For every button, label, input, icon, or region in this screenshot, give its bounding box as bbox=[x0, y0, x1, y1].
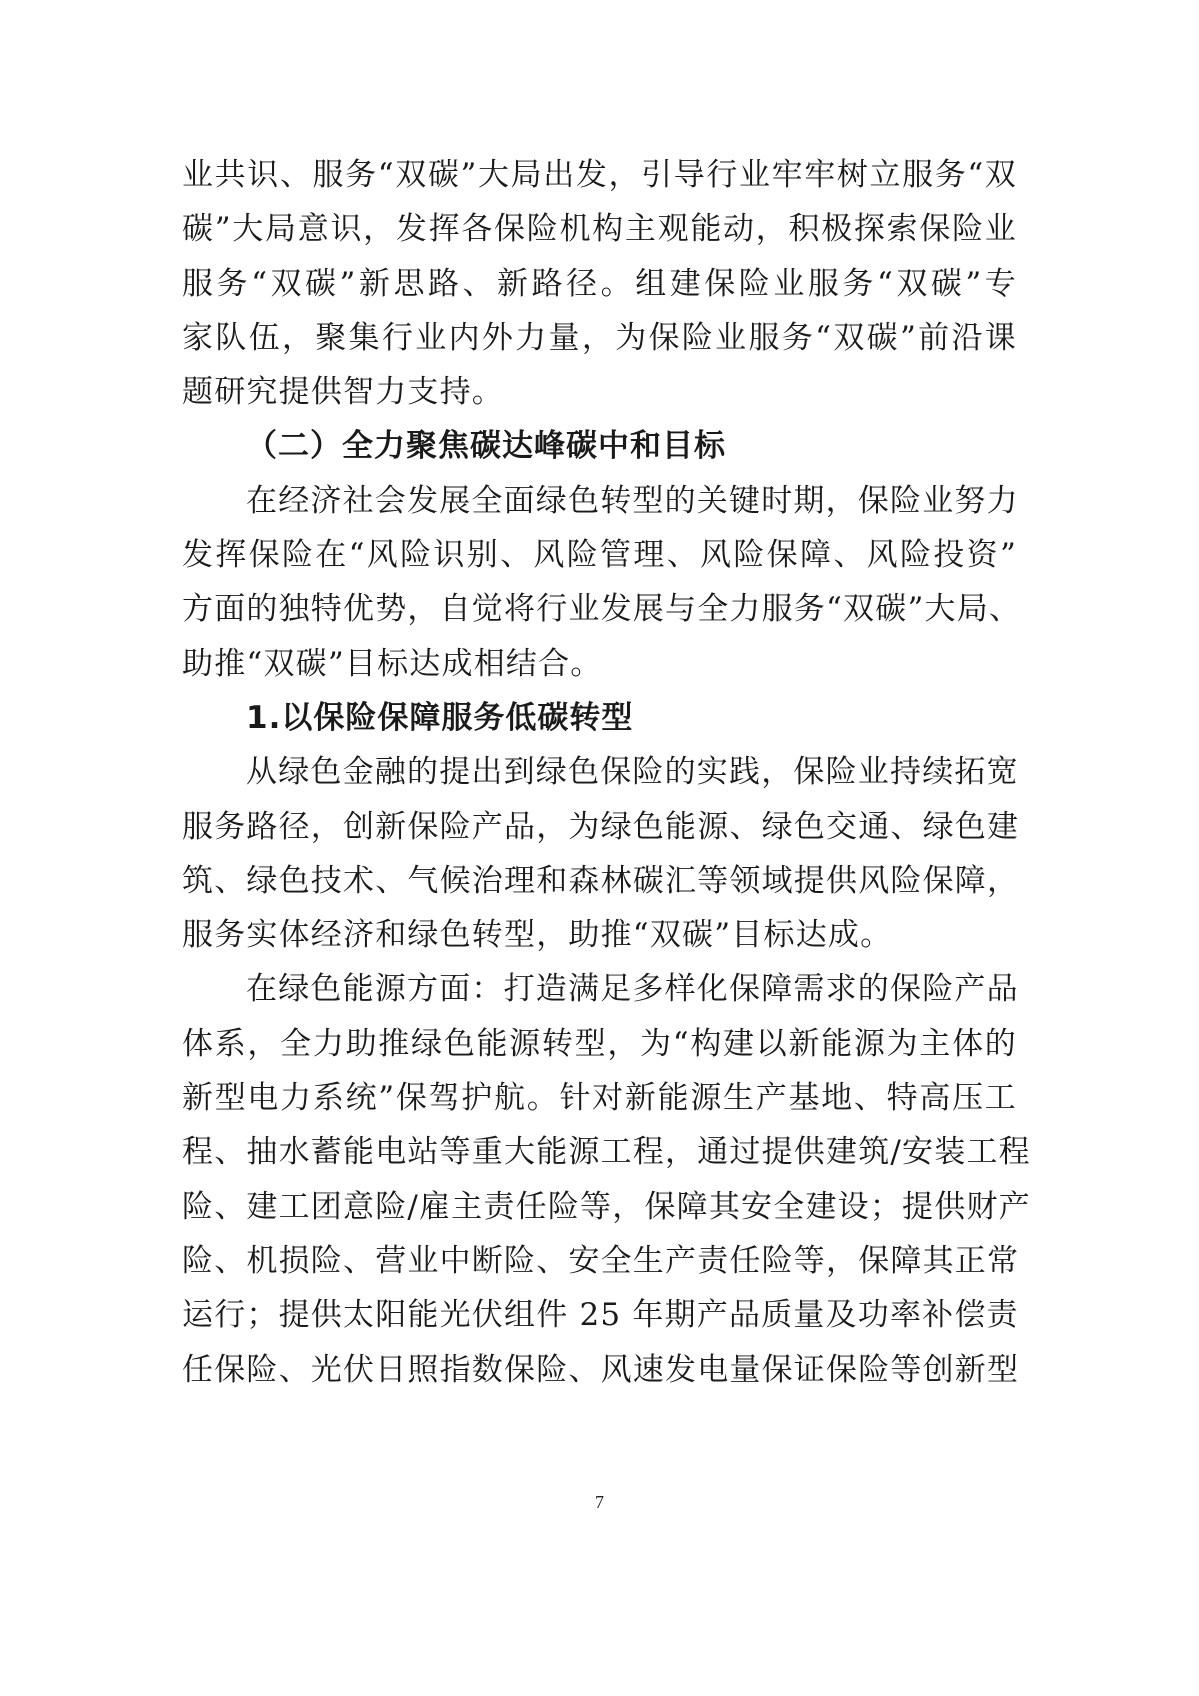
text-line: 从绿色金融的提出到绿色保险的实践，保险业持续拓宽 bbox=[182, 745, 1017, 799]
text-line: 发挥保险在“风险识别、风险管理、风险保障、风险投资” bbox=[182, 528, 1017, 582]
text-line: 服务路径，创新保险产品，为绿色能源、绿色交通、绿色建 bbox=[182, 800, 1017, 854]
paragraph-continued: 业共识、服务“双碳”大局出发，引导行业牢牢树立服务“双 碳”大局意识，发挥各保险… bbox=[182, 148, 1017, 419]
subsection-heading: 1.以保险保障服务低碳转型 bbox=[182, 691, 1017, 745]
text-line: 助推“双碳”目标达成相结合。 bbox=[182, 637, 1017, 691]
text-line: 题研究提供智力支持。 bbox=[182, 365, 1017, 419]
text-line: 筑、绿色技术、气候治理和森林碳汇等领域提供风险保障， bbox=[182, 854, 1017, 908]
document-page: 业共识、服务“双碳”大局出发，引导行业牢牢树立服务“双 碳”大局意识，发挥各保险… bbox=[182, 148, 1017, 1397]
text-line: 业共识、服务“双碳”大局出发，引导行业牢牢树立服务“双 bbox=[182, 148, 1017, 202]
text-line: 家队伍，聚集行业内外力量，为保险业服务“双碳”前沿课 bbox=[182, 311, 1017, 365]
text-line: 服务实体经济和绿色转型，助推“双碳”目标达成。 bbox=[182, 908, 1017, 962]
text-line: 运行；提供太阳能光伏组件 25 年期产品质量及功率补偿责 bbox=[182, 1288, 1017, 1342]
text-line: 服务“双碳”新思路、新路径。组建保险业服务“双碳”专 bbox=[182, 257, 1017, 311]
text-line: 险、机损险、营业中断险、安全生产责任险等，保障其正常 bbox=[182, 1234, 1017, 1288]
text-line: 体系，全力助推绿色能源转型，为“构建以新能源为主体的 bbox=[182, 1017, 1017, 1071]
paragraph: 从绿色金融的提出到绿色保险的实践，保险业持续拓宽 服务路径，创新保险产品，为绿色… bbox=[182, 745, 1017, 962]
text-line: 险、建工团意险/雇主责任险等，保障其安全建设；提供财产 bbox=[182, 1180, 1017, 1234]
paragraph: 在经济社会发展全面绿色转型的关键时期，保险业努力 发挥保险在“风险识别、风险管理… bbox=[182, 474, 1017, 691]
text-line: 任保险、光伏日照指数保险、风速发电量保证保险等创新型 bbox=[182, 1343, 1017, 1397]
text-line: 在经济社会发展全面绿色转型的关键时期，保险业努力 bbox=[182, 474, 1017, 528]
paragraph: 在绿色能源方面：打造满足多样化保障需求的保险产品 体系，全力助推绿色能源转型，为… bbox=[182, 962, 1017, 1396]
text-line: 新型电力系统”保驾护航。针对新能源生产基地、特高压工 bbox=[182, 1071, 1017, 1125]
page-number: 7 bbox=[0, 1492, 1199, 1513]
text-line: 程、抽水蓄能电站等重大能源工程，通过提供建筑/安装工程 bbox=[182, 1125, 1017, 1179]
text-line: 方面的独特优势，自觉将行业发展与全力服务“双碳”大局、 bbox=[182, 582, 1017, 636]
text-line: 碳”大局意识，发挥各保险机构主观能动，积极探索保险业 bbox=[182, 202, 1017, 256]
text-line: 在绿色能源方面：打造满足多样化保障需求的保险产品 bbox=[182, 962, 1017, 1016]
section-heading: （二）全力聚焦碳达峰碳中和目标 bbox=[182, 419, 1017, 473]
